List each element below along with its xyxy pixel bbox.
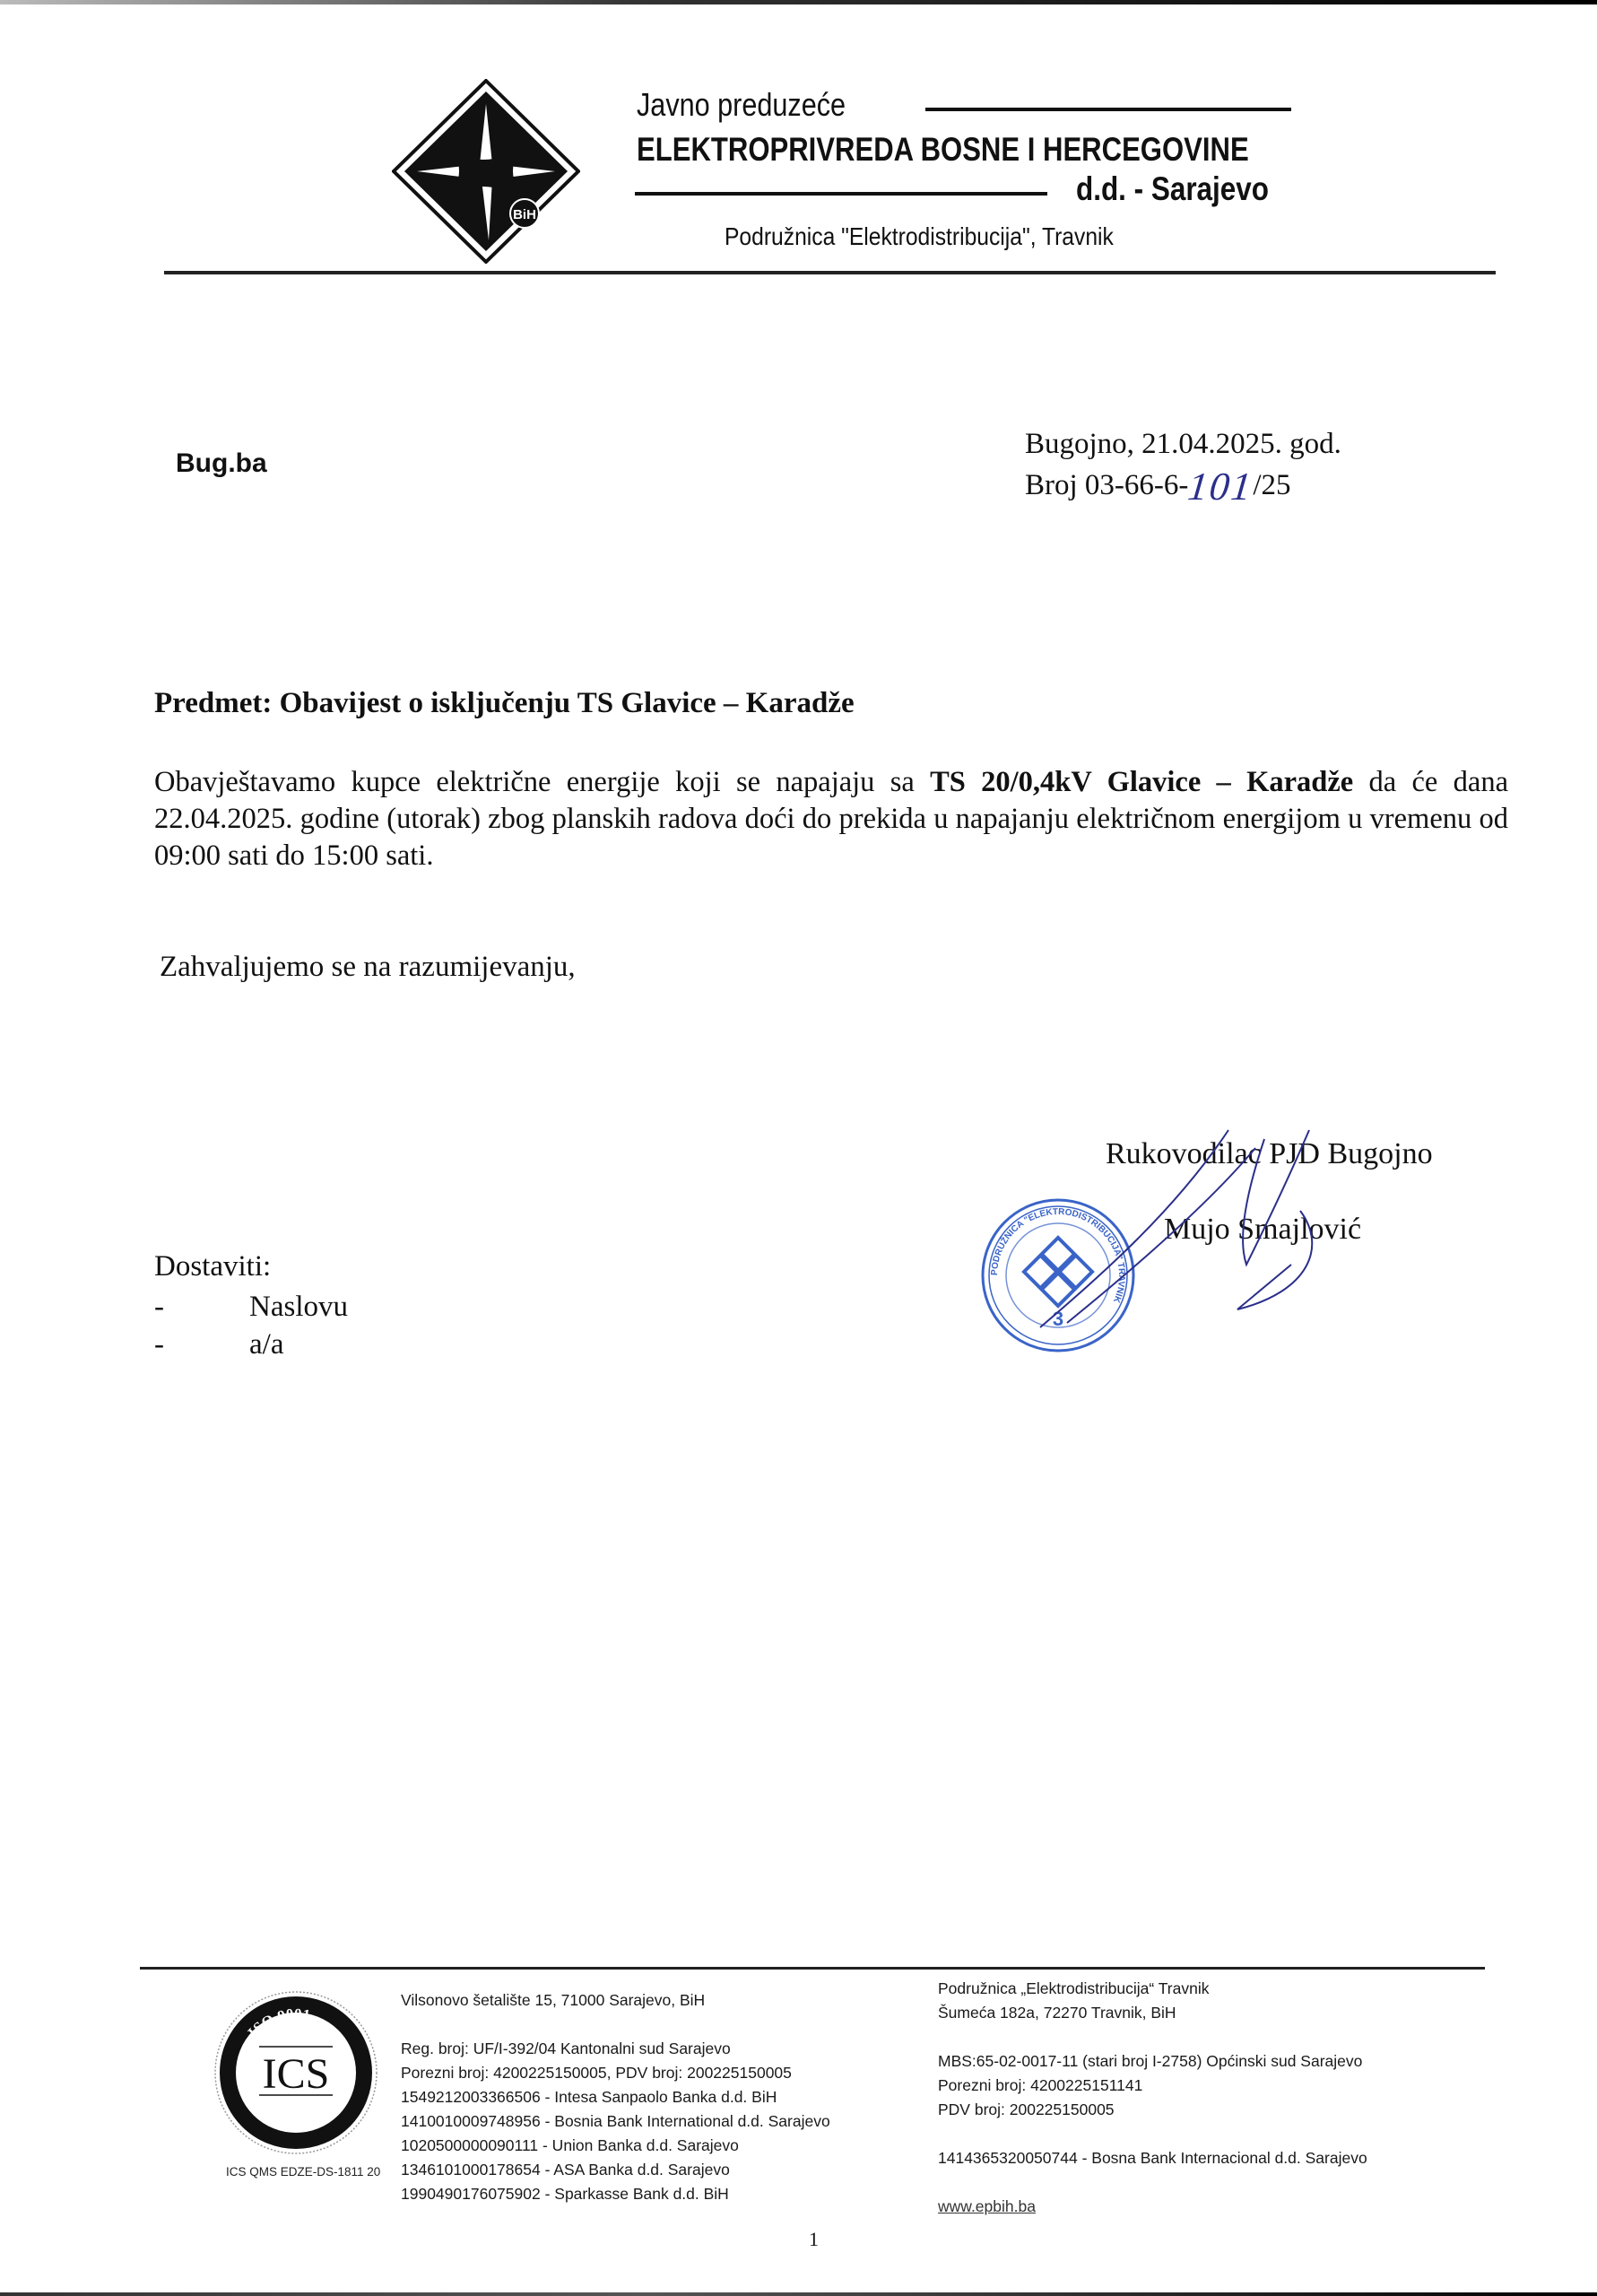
reference-number: Broj 03-66-6-101/25 (1025, 463, 1341, 504)
distribution-list: -Naslovu -a/a (154, 1288, 348, 1363)
page-number: 1 (809, 2228, 819, 2251)
signatory-name: Mujo Smajlović (1164, 1213, 1361, 1247)
company-type: Javno preduzeće (637, 86, 846, 124)
epbih-logo-icon: BiH (392, 79, 580, 264)
header-rule (635, 192, 1047, 196)
bank-account: 1346101000178654 - ASA Banka d.d. Saraje… (401, 2158, 830, 2182)
closing-line: Zahvaljujemo se na razumijevanju, (160, 951, 576, 984)
distribution-label: Dostaviti: (154, 1250, 271, 1283)
scan-edge-bottom (0, 2292, 1597, 2296)
branch-name: Podružnica "Elektrodistribucija", Travni… (725, 222, 1114, 251)
addressee: Bug.ba (176, 448, 267, 479)
official-stamp-icon: PODRUŽNICA "ELEKTRODISTRIBUCIJA" TRAVNIK… (977, 1195, 1139, 1356)
company-suffix: d.d. - Sarajevo (1076, 170, 1269, 208)
mbs-line: MBS:65-02-0017-11 (stari broj I-2758) Op… (938, 2049, 1367, 2074)
bank-account: 1410010009748956 - Bosnia Bank Internati… (401, 2109, 830, 2134)
body-bold-text: TS 20/0,4kV Glavice – Karadže (930, 766, 1353, 798)
footer-hq-info: Vilsonovo šetalište 15, 71000 Sarajevo, … (401, 1988, 830, 2206)
distribution-item: -Naslovu (154, 1288, 348, 1326)
bank-account: 1414365320050744 - Bosna Bank Internacio… (938, 2146, 1367, 2170)
branch-name-footer: Podružnica „Elektrodistribucija“ Travnik (938, 1977, 1367, 2001)
bank-account: 1990490176075902 - Sparkasse Bank d.d. B… (401, 2182, 830, 2206)
tax-line: Porezni broj: 4200225150005, PDV broj: 2… (401, 2061, 830, 2085)
svg-text:BiH: BiH (513, 207, 536, 222)
iso-caption: ICS QMS EDZE-DS-1811 20 (226, 2165, 380, 2179)
ref-handwritten: 101 (1186, 468, 1254, 506)
tax-line: Porezni broj: 4200225151141 (938, 2074, 1367, 2098)
svg-text:3: 3 (1053, 1308, 1063, 1330)
ref-suffix: /25 (1253, 469, 1290, 501)
body-paragraph: Obavještavamo kupce električne energije … (154, 764, 1508, 874)
header-separator (164, 271, 1496, 274)
footer-separator (140, 1967, 1485, 1970)
footer-branch-info: Podružnica „Elektrodistribucija“ Travnik… (938, 1977, 1367, 2219)
svg-text:ICS: ICS (263, 2050, 330, 2098)
registration-line: Reg. broj: UF/I-392/04 Kantonalni sud Sa… (401, 2037, 830, 2061)
hq-address: Vilsonovo šetalište 15, 71000 Sarajevo, … (401, 1988, 830, 2013)
branch-address: Šumeća 182a, 72270 Travnik, BiH (938, 2001, 1367, 2025)
ref-prefix: Broj 03-66-6- (1025, 469, 1188, 501)
subject-line: Predmet: Obavijest o isključenju TS Glav… (154, 687, 855, 720)
header-rule (925, 108, 1291, 111)
website-link[interactable]: www.epbih.ba (938, 2195, 1367, 2219)
scan-edge-top (0, 0, 1597, 4)
distribution-item: -a/a (154, 1326, 348, 1363)
body-text: Obavještavamo kupce električne energije … (154, 766, 930, 798)
date-block: Bugojno, 21.04.2025. god. Broj 03-66-6-1… (1025, 425, 1341, 504)
place-date: Bugojno, 21.04.2025. god. (1025, 425, 1341, 463)
bank-account: 1549212003366506 - Intesa Sanpaolo Banka… (401, 2085, 830, 2109)
bank-account: 1020500000090111 - Union Banka d.d. Sara… (401, 2134, 830, 2158)
signatory-title: Rukovodilac PJD Bugojno (1106, 1137, 1433, 1171)
company-name: ELEKTROPRIVREDA BOSNE I HERCEGOVINE (637, 131, 1249, 169)
vat-line: PDV broj: 200225150005 (938, 2098, 1367, 2122)
iso-certification-icon: ISO 9001 SYSTEM CERTIFICATION ICS (213, 1989, 379, 2156)
